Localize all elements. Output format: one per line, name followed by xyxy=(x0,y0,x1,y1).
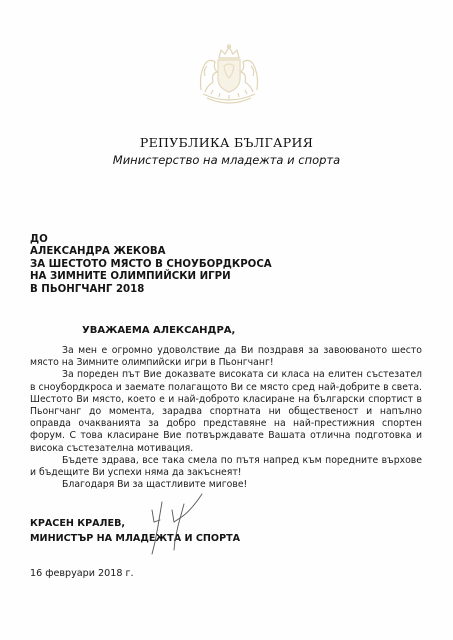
letter-body: За мен е огромно удоволствие да Ви поздр… xyxy=(30,345,422,491)
addressee-block: ДО АЛЕКСАНДРА ЖЕКОВА ЗА ШЕСТОТО МЯСТО В … xyxy=(30,234,272,296)
address-line: ЗА ШЕСТОТО МЯСТО В СНОУБОРДКРОСА xyxy=(30,259,272,271)
body-paragraph: За мен е огромно удоволствие да Ви поздр… xyxy=(30,345,422,369)
salutation: УВАЖАЕМА АЛЕКСАНДРА, xyxy=(82,325,235,336)
address-line: НА ЗИМНИТЕ ОЛИМПИЙСКИ ИГРИ xyxy=(30,271,272,283)
body-paragraph: Благодаря Ви за щастливите мигове! xyxy=(30,479,422,491)
address-line: АЛЕКСАНДРА ЖЕКОВА xyxy=(30,246,272,258)
handwritten-signature-icon xyxy=(140,492,210,558)
address-line: В ПЬОНГЧАНГ 2018 xyxy=(30,284,272,296)
ministry-heading: Министерство на младежта и спорта xyxy=(0,153,453,167)
letter-page: РЕПУБЛИКА БЪЛГАРИЯ Министерство на младе… xyxy=(0,0,453,640)
body-paragraph: За пореден път Вие доказвате високата си… xyxy=(30,369,422,454)
body-paragraph: Бъдете здрава, все така смела по пътя на… xyxy=(30,455,422,479)
letter-date: 16 февруари 2018 г. xyxy=(30,568,134,579)
coat-of-arms-icon xyxy=(193,44,265,108)
country-heading: РЕПУБЛИКА БЪЛГАРИЯ xyxy=(0,135,453,150)
address-line: ДО xyxy=(30,234,272,246)
